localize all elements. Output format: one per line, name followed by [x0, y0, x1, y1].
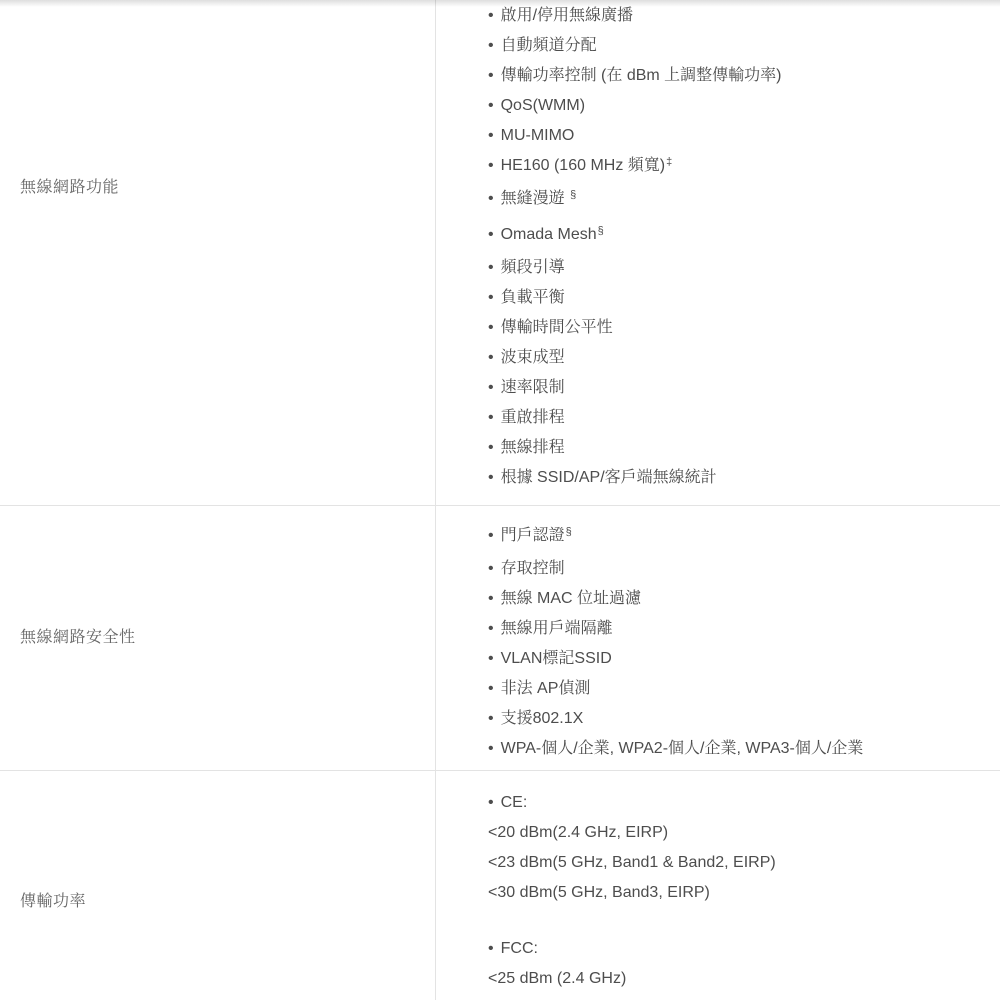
spec-row-label: 無線網路安全性 — [20, 623, 136, 653]
feature-list: CE: <20 dBm(2.4 GHz, EIRP) <23 dBm(5 GHz… — [488, 788, 1000, 994]
spec-row-wireless-features: 無線網路功能 啟用/停用無線廣播 自動頻道分配 傳輸功率控制 (在 dBm 上調… — [0, 0, 1000, 505]
feature-item: 支援802.1X — [488, 704, 1000, 734]
feature-item: 負載平衡 — [488, 283, 1000, 313]
spec-row-transmit-power: 傳輸功率 CE: <20 dBm(2.4 GHz, EIRP) <23 dBm(… — [0, 770, 1000, 1000]
superscript-mark: § — [570, 189, 576, 201]
feature-item: 無縫漫遊 § — [488, 181, 1000, 217]
feature-item: 無線排程 — [488, 433, 1000, 463]
feature-item: 門戶認證§ — [488, 518, 1000, 554]
feature-list: 門戶認證§ 存取控制 無線 MAC 位址過濾 無線用戶端隔離 VLAN標記SSI… — [488, 518, 1000, 764]
spec-row-label: 傳輸功率 — [20, 887, 86, 917]
feature-item: 速率限制 — [488, 373, 1000, 403]
feature-item: HE160 (160 MHz 頻寬)‡ — [488, 151, 1000, 181]
list-gap — [488, 908, 1000, 934]
feature-item: 重啟排程 — [488, 403, 1000, 433]
superscript-mark: § — [566, 526, 572, 538]
spec-content-cell: 門戶認證§ 存取控制 無線 MAC 位址過濾 無線用戶端隔離 VLAN標記SSI… — [436, 506, 1000, 770]
spec-label-cell: 無線網路安全性 — [0, 506, 436, 770]
feature-item: FCC: — [488, 934, 1000, 964]
feature-item: VLAN標記SSID — [488, 644, 1000, 674]
feature-item: 傳輸功率控制 (在 dBm 上調整傳輸功率) — [488, 61, 1000, 91]
feature-list: 啟用/停用無線廣播 自動頻道分配 傳輸功率控制 (在 dBm 上調整傳輸功率) … — [488, 1, 1000, 493]
feature-item: <30 dBm(5 GHz, Band3, EIRP) — [488, 878, 1000, 908]
feature-item: WPA-個人/企業, WPA2-個人/企業, WPA3-個人/企業 — [488, 734, 1000, 764]
superscript-mark: § — [598, 225, 604, 237]
spec-row-wireless-security: 無線網路安全性 門戶認證§ 存取控制 無線 MAC 位址過濾 無線用戶端隔離 V… — [0, 505, 1000, 770]
superscript-mark: ‡ — [666, 156, 672, 168]
feature-item: 頻段引導 — [488, 253, 1000, 283]
feature-item: CE: — [488, 788, 1000, 818]
feature-item: <23 dBm(5 GHz, Band1 & Band2, EIRP) — [488, 848, 1000, 878]
feature-item: 非法 AP偵測 — [488, 674, 1000, 704]
feature-item: <25 dBm (2.4 GHz) — [488, 964, 1000, 994]
feature-item: QoS(WMM) — [488, 91, 1000, 121]
feature-item: 無線 MAC 位址過濾 — [488, 584, 1000, 614]
feature-item: 傳輸時間公平性 — [488, 313, 1000, 343]
spec-label-cell: 無線網路功能 — [0, 0, 436, 505]
feature-item: 根據 SSID/AP/客戶端無線統計 — [488, 463, 1000, 493]
feature-item: 存取控制 — [488, 554, 1000, 584]
feature-item: 波束成型 — [488, 343, 1000, 373]
feature-item: MU-MIMO — [488, 121, 1000, 151]
feature-item: 無線用戶端隔離 — [488, 614, 1000, 644]
spec-label-cell: 傳輸功率 — [0, 771, 436, 1000]
feature-item: <20 dBm(2.4 GHz, EIRP) — [488, 818, 1000, 848]
spec-content-cell: 啟用/停用無線廣播 自動頻道分配 傳輸功率控制 (在 dBm 上調整傳輸功率) … — [436, 0, 1000, 505]
feature-item: 自動頻道分配 — [488, 31, 1000, 61]
feature-item: Omada Mesh§ — [488, 217, 1000, 253]
spec-table: 無線網路功能 啟用/停用無線廣播 自動頻道分配 傳輸功率控制 (在 dBm 上調… — [0, 0, 1000, 1000]
spec-row-label: 無線網路功能 — [20, 173, 119, 203]
feature-item: 啟用/停用無線廣播 — [488, 1, 1000, 31]
spec-content-cell: CE: <20 dBm(2.4 GHz, EIRP) <23 dBm(5 GHz… — [436, 771, 1000, 1000]
